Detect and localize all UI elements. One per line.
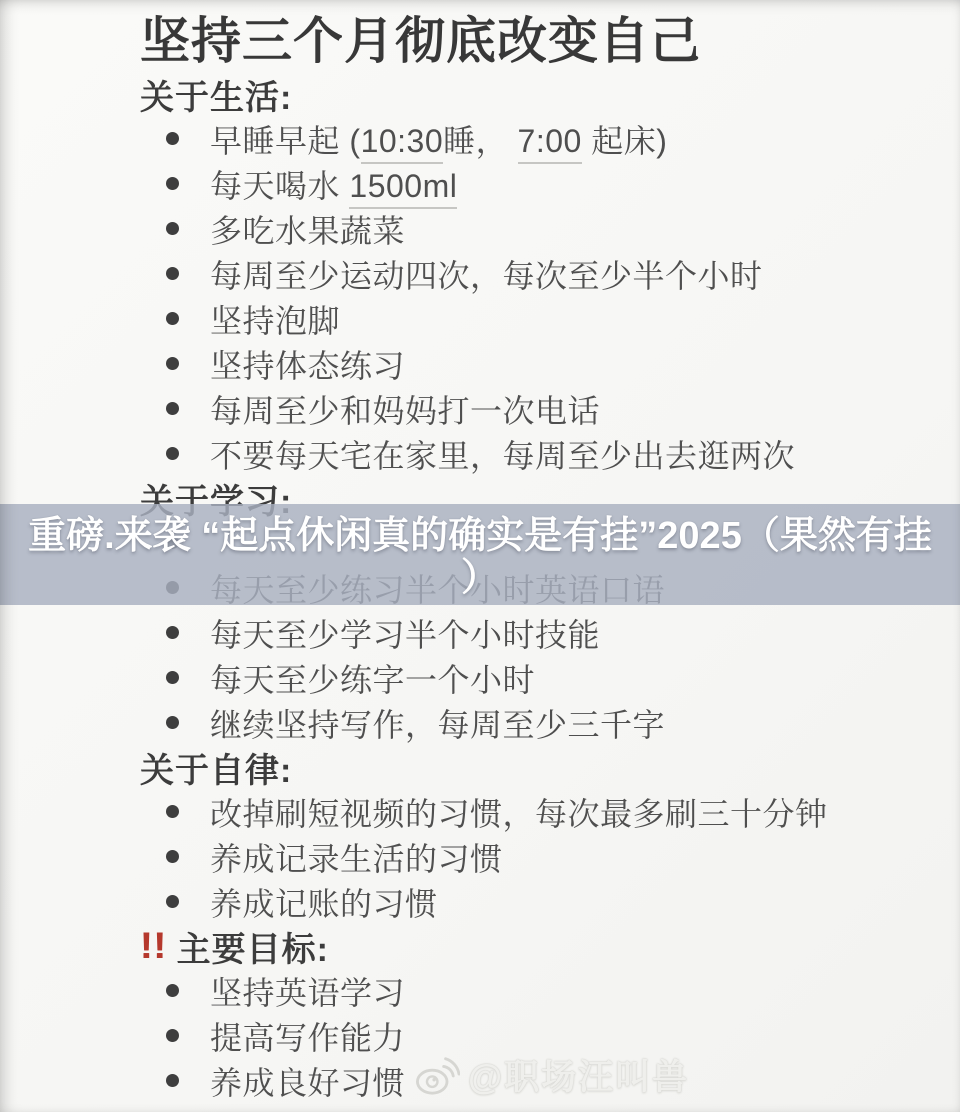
overlay-banner: 重磅.来袭 “起点休闲真的确实是有挂”2025（果然有挂 ）	[0, 504, 960, 605]
bullet-icon	[166, 805, 179, 818]
weibo-icon	[414, 1054, 460, 1096]
list-item: 每天至少练字一个小时	[0, 655, 960, 700]
list-item: 早睡早起 (10:30睡， 7:00 起床)	[0, 116, 960, 161]
bullet-icon	[166, 267, 179, 280]
bullet-icon	[166, 671, 179, 684]
section-heading: 关于自律:	[0, 745, 960, 789]
list-item-text: 每周至少和妈妈打一次电话	[210, 386, 600, 432]
bullet-icon	[166, 132, 179, 145]
bullet-icon	[166, 984, 179, 997]
list-item-text: 养成记录生活的习惯	[210, 834, 503, 880]
list-item: 不要每天宅在家里，每周至少出去逛两次	[0, 431, 960, 476]
list-item: 坚持英语学习	[0, 968, 960, 1013]
section-2: 关于自律:改掉刷短视频的习惯，每次最多刷三十分钟养成记录生活的习惯养成记账的习惯	[0, 745, 960, 924]
list-item-text: 每天至少练字一个小时	[210, 655, 535, 701]
bullet-icon	[166, 402, 179, 415]
bullet-icon	[166, 1074, 179, 1087]
list-item: 每周至少和妈妈打一次电话	[0, 386, 960, 431]
bullet-icon	[166, 357, 179, 370]
double-exclamation-icon: !!	[140, 925, 167, 967]
list-item-text: 提高写作能力	[210, 1013, 405, 1059]
list-item: 养成记录生活的习惯	[0, 834, 960, 879]
watermark: @职场汪叫兽	[414, 1050, 689, 1100]
bullet-icon	[166, 1029, 179, 1042]
list-item: 坚持体态练习	[0, 341, 960, 386]
list-item-text: 每周至少运动四次，每次至少半个小时	[210, 251, 763, 297]
bullet-icon	[166, 850, 179, 863]
list-item-text: 坚持体态练习	[210, 341, 405, 387]
list-item-text: 坚持英语学习	[210, 968, 405, 1014]
list-item: 继续坚持写作，每周至少三千字	[0, 700, 960, 745]
list-item-text: 每天至少学习半个小时技能	[210, 610, 600, 656]
list-item-text: 养成良好习惯	[210, 1058, 405, 1104]
list-item: 每周至少运动四次，每次至少半个小时	[0, 251, 960, 296]
section-0: 关于生活:早睡早起 (10:30睡， 7:00 起床)每天喝水 1500ml多吃…	[0, 72, 960, 476]
bullet-icon	[166, 716, 179, 729]
banner-text-line2: ）	[0, 557, 960, 599]
section-heading-text: 主要目标:	[177, 922, 329, 971]
list-item: 坚持泡脚	[0, 296, 960, 341]
bullet-icon	[166, 447, 179, 460]
section-heading-text: 关于生活:	[140, 70, 292, 119]
list-item-text: 多吃水果蔬菜	[210, 206, 405, 252]
watermark-handle: @职场汪叫兽	[468, 1050, 689, 1100]
bullet-icon	[166, 626, 179, 639]
goals-checklist-image: 坚持三个月彻底改变自己 关于生活:早睡早起 (10:30睡， 7:00 起床)每…	[0, 0, 960, 1112]
list-item-text: 每天喝水 1500ml	[210, 161, 457, 207]
list-item: 改掉刷短视频的习惯，每次最多刷三十分钟	[0, 789, 960, 834]
section-heading-text: 关于自律:	[140, 743, 292, 792]
bullet-icon	[166, 895, 179, 908]
list-item: 多吃水果蔬菜	[0, 206, 960, 251]
page-title: 坚持三个月彻底改变自己	[0, 0, 960, 72]
list-item-text: 养成记账的习惯	[210, 879, 438, 925]
list-item: 每天喝水 1500ml	[0, 161, 960, 206]
list-item: 每天至少学习半个小时技能	[0, 610, 960, 655]
banner-text-line1: 重磅.来袭 “起点休闲真的确实是有挂”2025（果然有挂	[0, 513, 960, 560]
section-heading: !!主要目标:	[0, 924, 960, 968]
list-item-text: 改掉刷短视频的习惯，每次最多刷三十分钟	[210, 789, 828, 835]
list-item-text: 坚持泡脚	[210, 296, 340, 342]
bullet-icon	[166, 222, 179, 235]
list-item-text: 早睡早起 (10:30睡， 7:00 起床)	[210, 116, 667, 162]
list-item: 养成记账的习惯	[0, 879, 960, 924]
list-item-text: 继续坚持写作，每周至少三千字	[210, 700, 665, 746]
bullet-icon	[166, 177, 179, 190]
bullet-icon	[166, 312, 179, 325]
section-heading: 关于生活:	[0, 72, 960, 116]
list-item-text: 不要每天宅在家里，每周至少出去逛两次	[210, 431, 795, 477]
